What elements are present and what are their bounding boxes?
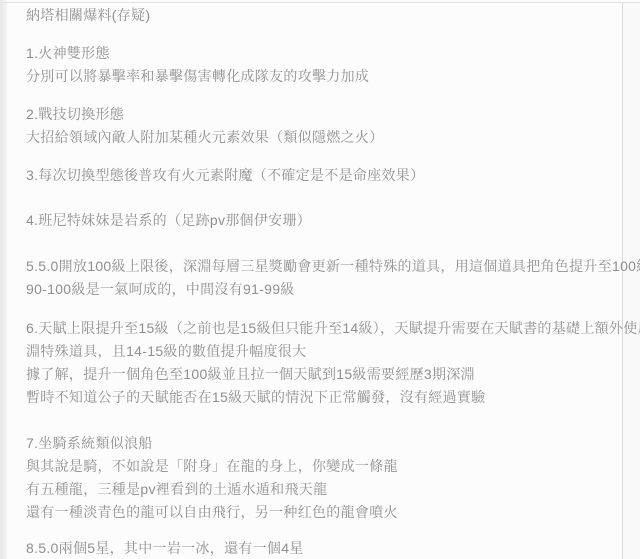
section-7: 7.坐騎系統類似浪船 與其說是騎，不如說是「附身」在龍的身上，你變成一條龍 有五… <box>26 432 622 524</box>
document-title: 納塔相關爆料(存疑) <box>26 4 622 27</box>
text-line: 有五種龍，三種是pv裡看到的土遁水遁和飛天龍 <box>26 478 622 501</box>
document-page: 納塔相關爆料(存疑) 1.火神雙形態 分別可以將暴擊率和暴擊傷害轉化成隊友的攻擊… <box>0 0 640 559</box>
left-gutter-shadow <box>0 0 7 559</box>
text-line: 分別可以將暴擊率和暴擊傷害轉化成隊友的攻擊力加成 <box>26 65 622 88</box>
text-line: 6.天賦上限提升至15級（之前也是15級但只能升至14級），天賦提升需要在天賦書… <box>26 317 622 340</box>
text-line: 暫時不知道公子的天賦能否在15級天賦的情況下正常觸發，沒有經過實驗 <box>26 386 622 409</box>
right-margin <box>623 3 640 559</box>
text-line: 還有一種淡青色的龍可以自由飛行，另一种红色的龍會噴火 <box>26 501 622 524</box>
post-content: 納塔相關爆料(存疑) 1.火神雙形態 分別可以將暴擊率和暴擊傷害轉化成隊友的攻擊… <box>26 4 622 559</box>
text-line: 淵特殊道具，且14-15級的數值提升幅度很大 <box>26 340 622 363</box>
text-line: 2.戰技切換形態 <box>26 103 622 126</box>
top-border <box>0 2 640 3</box>
text-line: 8.5.0兩個5星，其中一岩一冰，還有一個4星 <box>26 537 622 559</box>
section-4: 4.班尼特妹妹是岩系的（足跡pv那個伊安珊） <box>26 209 622 232</box>
text-line: 5.5.0開放100級上限後，深淵每層三星獎勵會更新一種特殊的道具，用這個道具把… <box>26 255 622 278</box>
text-line: 90-100級是一氣呵成的，中間沒有91-99級 <box>26 278 622 301</box>
text-line: 與其說是騎，不如說是「附身」在龍的身上，你變成一條龍 <box>26 455 622 478</box>
text-line: 據了解，提升一個角色至100級並且拉一個天賦到15級需要經歷3期深淵 <box>26 363 622 386</box>
text-line: 4.班尼特妹妹是岩系的（足跡pv那個伊安珊） <box>26 209 622 232</box>
section-2: 2.戰技切換形態 大招給領域內敵人附加某種火元素效果（類似隱燃之火） <box>26 103 622 149</box>
section-6: 6.天賦上限提升至15級（之前也是15級但只能升至14級），天賦提升需要在天賦書… <box>26 317 622 409</box>
right-border <box>622 3 623 559</box>
section-1: 1.火神雙形態 分別可以將暴擊率和暴擊傷害轉化成隊友的攻擊力加成 <box>26 42 622 88</box>
section-3: 3.每次切換型態後普攻有火元素附魔（不確定是不是命座效果） <box>26 164 622 187</box>
section-8: 8.5.0兩個5星，其中一岩一冰，還有一個4星 <box>26 537 622 559</box>
text-line: 大招給領域內敵人附加某種火元素效果（類似隱燃之火） <box>26 126 622 149</box>
text-line: 7.坐騎系統類似浪船 <box>26 432 622 455</box>
section-5: 5.5.0開放100級上限後，深淵每層三星獎勵會更新一種特殊的道具，用這個道具把… <box>26 255 622 301</box>
text-line: 3.每次切換型態後普攻有火元素附魔（不確定是不是命座效果） <box>26 164 622 187</box>
text-line: 1.火神雙形態 <box>26 42 622 65</box>
